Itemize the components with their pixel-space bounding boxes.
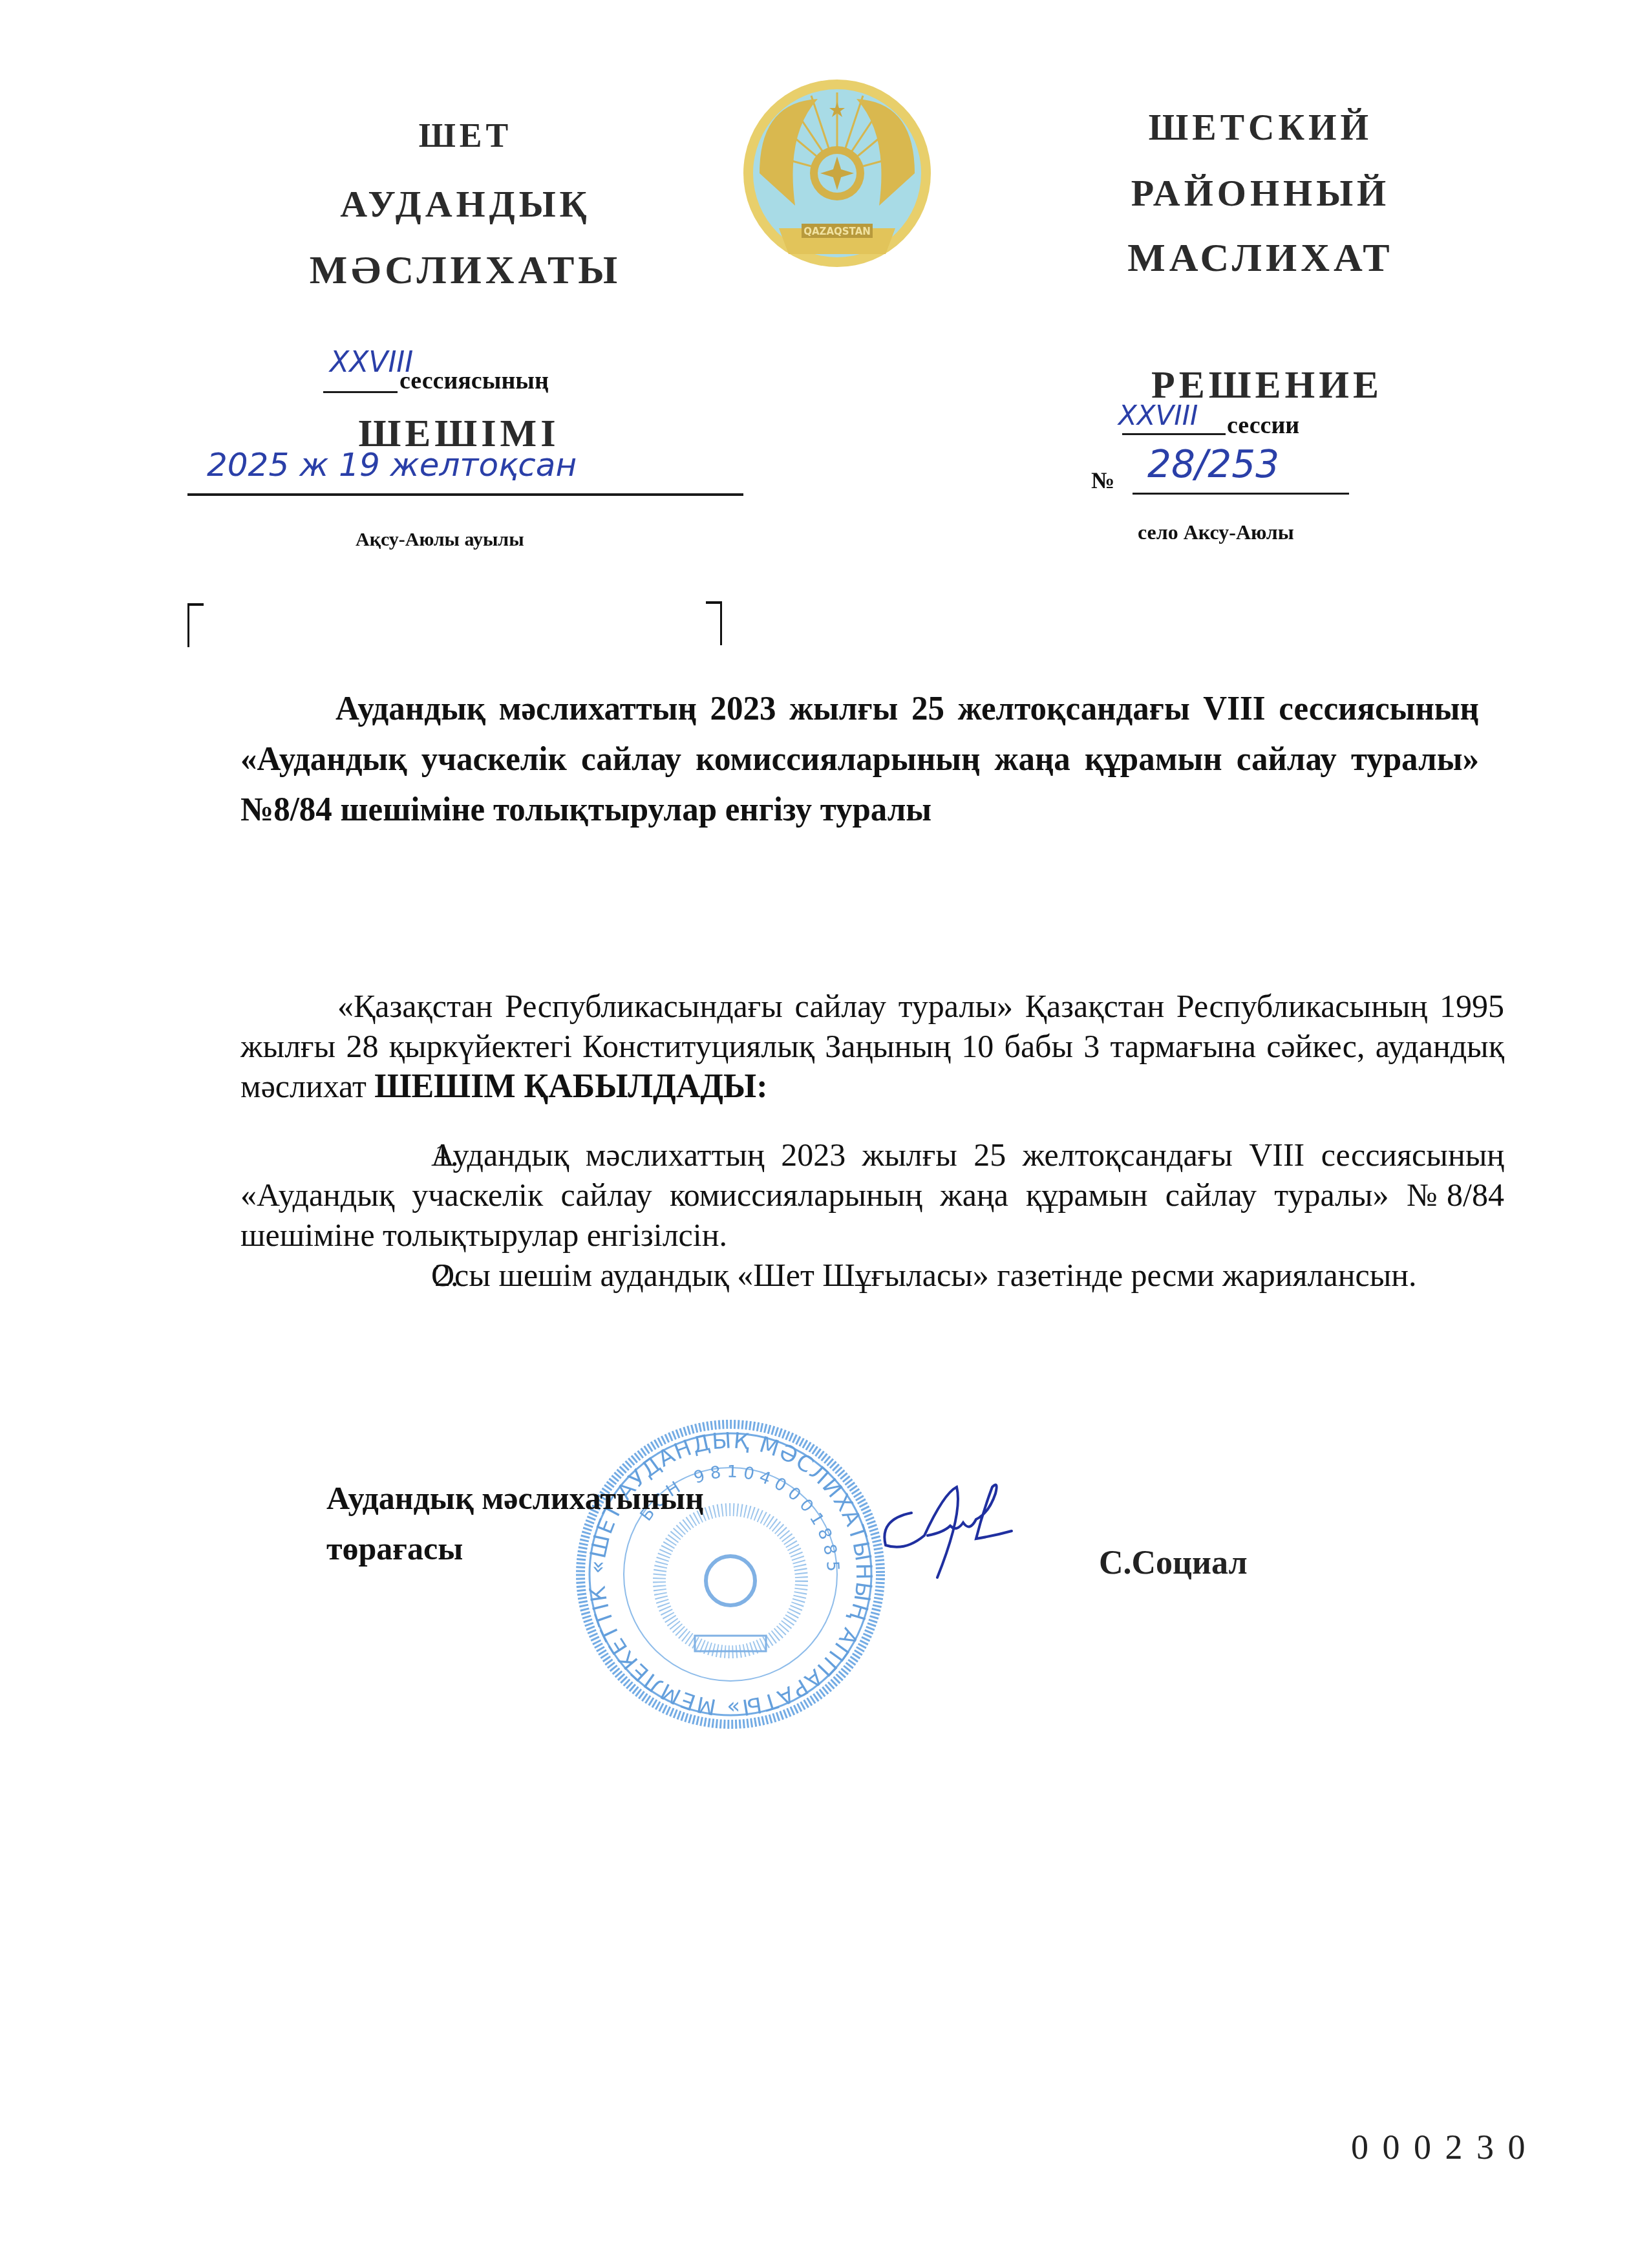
signatory-position: Аудандық мәслихатының төрағасы — [326, 1473, 704, 1574]
session-line-ru: XXVIII сессии — [1099, 401, 1422, 446]
decision-number-handwritten: 28/253 — [1147, 442, 1279, 486]
position-line1: Аудандық мәслихатының — [326, 1473, 704, 1523]
session-line-kz: XXVIII сессиясының — [252, 352, 653, 398]
svg-text:QAZAQSTAN: QAZAQSTAN — [803, 226, 871, 237]
decision-number-line: № 28/253 — [1086, 446, 1448, 504]
state-emblem: QAZAQSTAN — [740, 76, 934, 270]
handwritten-signature — [866, 1474, 1060, 1584]
org-name-kz-line1: ШЕТ — [271, 120, 659, 153]
document-title: Аудандық мәслихаттың 2023 жылғы 25 желто… — [240, 684, 1479, 835]
seal-icon: «ШЕТ АУДАНДЫҚ МӘСЛИХАТЫНЫҢ АППАРАТЫ» МЕМ… — [575, 1419, 886, 1729]
preamble-resolution: ШЕШІМ ҚАБЫЛДАДЫ: — [374, 1068, 767, 1105]
org-name-ru-line3: МАСЛИХАТ — [1067, 238, 1454, 278]
item-text: Осы шешім аудандық «Шет Шұғыласы» газеті… — [431, 1257, 1417, 1293]
header-left-org: ШЕТ АУДАНДЫҚ МӘСЛИХАТЫ — [271, 120, 659, 290]
header-right-org: ШЕТСКИЙ РАЙОННЫЙ МАСЛИХАТ — [1067, 110, 1454, 278]
decision-date-handwritten: 2025 ж 19 желтоқсан — [207, 446, 577, 484]
session-underline-kz — [323, 391, 398, 393]
signature-scribble-icon — [866, 1474, 1060, 1584]
village-kz: Ақсу-Аюлы ауылы — [356, 529, 524, 551]
org-name-kz-line2: АУДАНДЫҚ — [271, 186, 659, 223]
decision-title-ru: РЕШЕНИЕ — [1092, 365, 1442, 404]
session-suffix-ru: сессии — [1227, 411, 1299, 440]
list-item: 1.Аудандық мәслихаттың 2023 жылғы 25 жел… — [240, 1135, 1504, 1255]
village-ru: село Аксу-Аюлы — [1138, 520, 1294, 544]
kazakhstan-emblem-icon: QAZAQSTAN — [740, 76, 934, 270]
number-underline — [1133, 493, 1349, 495]
org-name-kz-line3: МӘСЛИХАТЫ — [271, 250, 659, 290]
session-suffix-kz: сессиясының — [399, 367, 549, 395]
title-bracket-right — [706, 601, 722, 645]
position-line2: төрағасы — [326, 1523, 704, 1574]
signatory-name: С.Социал — [1099, 1544, 1248, 1582]
number-prefix: № — [1091, 467, 1114, 494]
session-underline-ru — [1122, 433, 1226, 435]
official-seal: «ШЕТ АУДАНДЫҚ МӘСЛИХАТЫНЫҢ АППАРАТЫ» МЕМ… — [575, 1419, 886, 1729]
session-number-handwritten-ru: XXVIII — [1118, 400, 1198, 431]
serial-number: 0 0 0 2 3 0 — [1351, 2127, 1528, 2167]
org-name-ru-line2: РАЙОННЫЙ — [1067, 175, 1454, 212]
item-number: 1. — [337, 1135, 431, 1175]
list-item: 2.Осы шешім аудандық «Шет Шұғыласы» газе… — [240, 1255, 1504, 1295]
org-name-ru-line1: ШЕТСКИЙ — [1067, 110, 1454, 146]
date-underline — [187, 493, 743, 496]
document-title-text: Аудандық мәслихаттың 2023 жылғы 25 желто… — [240, 690, 1479, 828]
preamble-paragraph: «Қазақстан Республикасындағы сайлау тура… — [240, 986, 1504, 1107]
item-number: 2. — [337, 1255, 431, 1295]
title-bracket-left — [187, 603, 204, 647]
